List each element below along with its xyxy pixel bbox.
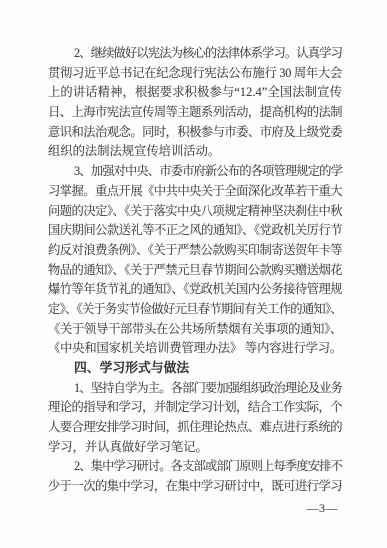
text-line: 《关于领导干部带头在公共场所禁烟有关事项的通知》、 (48, 320, 342, 340)
text-line: 爆竹等年货节礼的通知》、《党政机关国内公务接待管理规 (48, 280, 342, 300)
text-line: 1、坚持自学为主。各部门要加强组织政治理论及业务 (48, 379, 342, 399)
text-line: 习掌握。重点开展《中共中央关于全面深化改革若干重大 (48, 182, 342, 202)
text-line: 学习，并认真做好学习笔记。 (48, 438, 342, 458)
text-line: 日、上海市宪法宣传周等主题系列活动，提高机构的法制 (48, 103, 342, 123)
text-line: 少于一次的集中学习，在集中学习研讨中，既可进行学习 (48, 477, 342, 497)
text-line: 《中央和国家机关培训费管理办法》 等内容进行学习。 (48, 339, 342, 359)
page-number: —3— (307, 501, 339, 516)
section-heading: 四、学习形式与做法 (48, 359, 342, 379)
document-page: 2、继续做好以宪法为核心的法律体系学习。认真学习贯彻习近平总书记在纪念现行宪法公… (0, 0, 387, 548)
text-line: 上的讲话精神，根据要求积极参与“12.4”全国法制宣传 (48, 83, 342, 103)
text-line: 组织的法制法规宣传培训活动。 (48, 142, 342, 162)
text-line: 3、加强对中央、市委市府新公布的各项管理规定的学 (48, 162, 342, 182)
text-line: 贯彻习近平总书记在纪念现行宪法公布施行 30 周年大会 (48, 64, 342, 84)
text-line: 国庆期间公款送礼等不正之风的通知》、《党政机关厉行节 (48, 221, 342, 241)
text-line: 2、集中学习研讨。各支部或部门原则上每季度安排不 (48, 457, 342, 477)
text-line: 物品的通知》、《关于严禁元旦春节期间公款购买赠送烟花 (48, 261, 342, 281)
text-line: 人要合理安排学习时间，抓住理论热点、难点进行系统的 (48, 418, 342, 438)
text-line: 约反对浪费条例》、《关于严禁公款购买印制寄送贺年卡等 (48, 241, 342, 261)
text-line: 意识和法治观念。同时，积极参与市委、市府及上级党委 (48, 123, 342, 143)
document-body: 2、继续做好以宪法为核心的法律体系学习。认真学习贯彻习近平总书记在纪念现行宪法公… (48, 44, 342, 497)
text-line: 问题的决定》、《关于落实中央八项规定精神坚决刹住中秋 (48, 202, 342, 222)
text-line: 2、继续做好以宪法为核心的法律体系学习。认真学习 (48, 44, 342, 64)
text-line: 理论的指导和学习，并制定学习计划，结合工作实际，个 (48, 398, 342, 418)
text-line: 定》、《关于务实节俭做好元旦春节期间有关工作的通知》、 (48, 300, 342, 320)
